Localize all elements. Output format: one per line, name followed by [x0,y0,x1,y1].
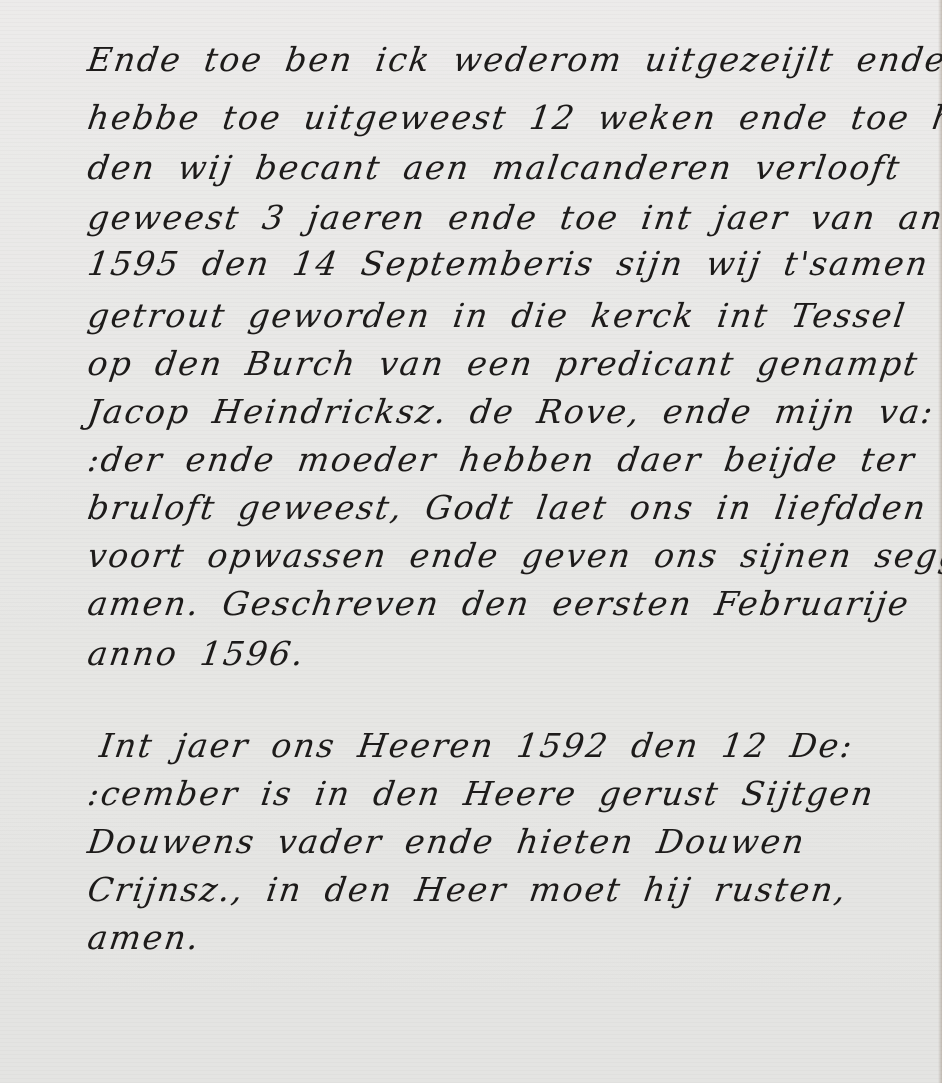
manuscript-line: :der ende moeder hebben daer beijde ter [85,440,918,479]
manuscript-line: Int jaer ons Heeren 1592 den 12 De: [97,726,856,765]
manuscript-line: amen. Geschreven den eersten Februarije [85,584,912,623]
manuscript-page: Ende toe ben ick wederom uitgezeijlt end… [0,0,942,1083]
manuscript-line: voort opwassen ende geven ons sijnen seg… [85,536,942,575]
manuscript-line: op den Burch van een predicant genampt [85,344,921,383]
manuscript-line: getrout geworden in die kerck int Tessel [85,296,909,335]
manuscript-line: Crijnsz., in den Heer moet hij rusten, [85,870,850,909]
manuscript-line: amen. [85,918,203,957]
manuscript-line: bruloft geweest, Godt laet ons in liefdd… [85,488,929,527]
manuscript-line: den wij becant aen malcanderen verlooft [85,148,904,187]
manuscript-line: :cember is in den Heere gerust Sijtgen [85,774,877,813]
manuscript-line: Douwens vader ende hieten Douwen [85,822,808,861]
manuscript-line: hebbe toe uitgeweest 12 weken ende toe h… [85,98,942,137]
manuscript-line: 1595 den 14 Septemberis sijn wij t'samen [85,244,932,283]
manuscript-line: geweest 3 jaeren ende toe int jaer van a… [85,198,942,237]
manuscript-line: anno 1596. [85,634,307,673]
manuscript-line: Jacop Heindricksz. de Rove, ende mijn va… [85,392,937,431]
manuscript-line: Ende toe ben ick wederom uitgezeijlt end… [85,40,942,79]
